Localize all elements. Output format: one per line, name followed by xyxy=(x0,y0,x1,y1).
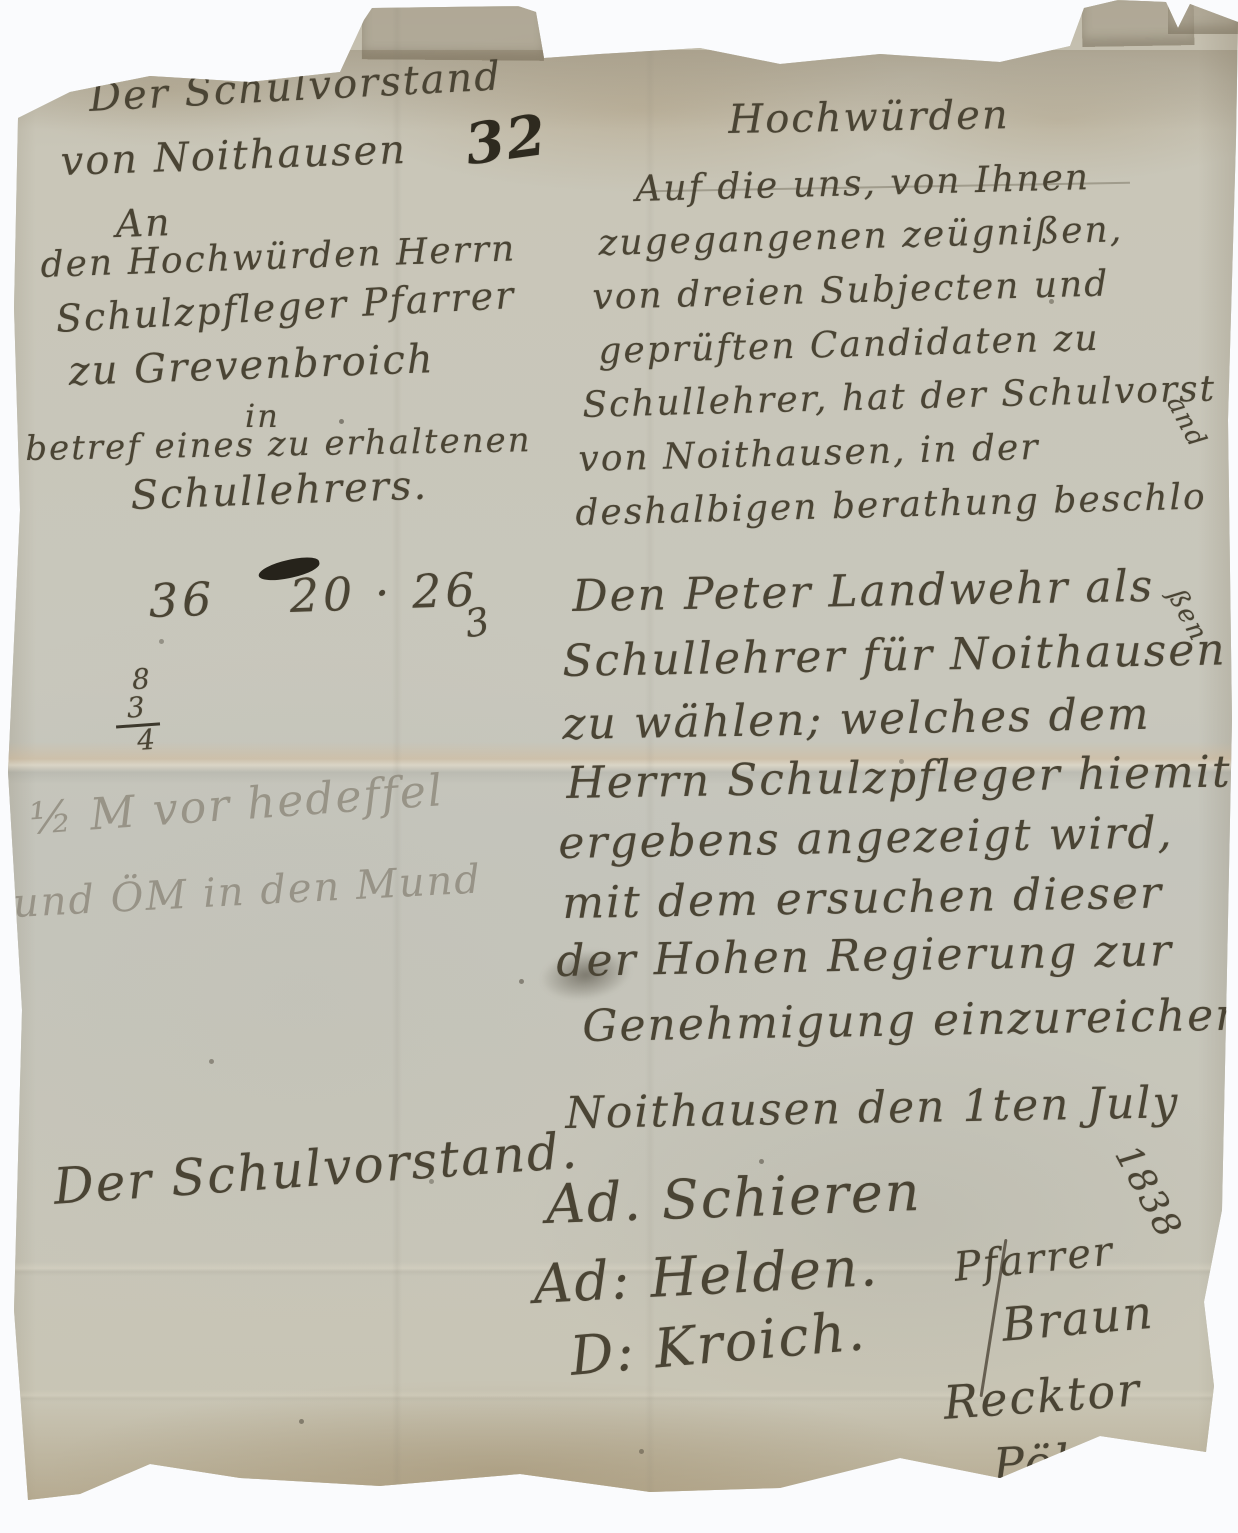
address-line: Schulzpfleger Pfarrer xyxy=(55,276,516,338)
dateline-year: 1838 xyxy=(1108,1140,1187,1245)
resolution-line: Genehmigung einzureichen xyxy=(582,993,1238,1049)
register-number: 32 xyxy=(462,107,551,174)
resolution-line: Schullehrer für Noithausen xyxy=(562,628,1227,684)
body-line: von dreien Subjecten und xyxy=(592,266,1110,316)
sender-line: von Noithausen xyxy=(60,130,408,182)
calculation-extra-digit: 3 xyxy=(462,601,494,643)
salutation: Hochwürden xyxy=(728,95,1010,140)
pencil-note: ½ M vor hedeffel xyxy=(28,769,445,842)
calculation-numbers: 36 20 · 26 xyxy=(148,566,479,623)
signature-role: Recktor xyxy=(942,1366,1142,1426)
resolution-line: Den Peter Landwehr als xyxy=(572,565,1155,619)
resolution-line: mit dem ersuchen dieser xyxy=(562,872,1163,926)
signature-pastor: Braun xyxy=(1000,1289,1156,1348)
tape-fragment xyxy=(1082,0,1195,47)
dateline: Noithausen den 1ten July xyxy=(565,1081,1180,1136)
closing-line: Der Schulvorstand. xyxy=(52,1125,580,1212)
signature-member: Ad: Helden. xyxy=(532,1240,880,1312)
tape-fragment xyxy=(1168,0,1238,34)
body-line: deshalbigen berathung beschlo xyxy=(575,479,1207,532)
resolution-line: ergebens angezeigt wird, xyxy=(558,811,1174,866)
fraction-bottom: 4 xyxy=(122,725,172,756)
paper-edge-shade-left xyxy=(0,0,36,1533)
address-line: An xyxy=(115,203,172,243)
body-line: Auf die uns, von Ihnen xyxy=(635,160,1091,208)
signature-secretary: Ad. Schieren xyxy=(545,1165,922,1232)
body-line: zugegangenen zeügnißen, xyxy=(598,212,1124,262)
address-line: Schullehrers. xyxy=(130,466,429,516)
tape-fragment xyxy=(362,5,544,61)
address-line: zu Grevenbroich xyxy=(68,339,435,392)
body-line: Schullehrer, hat der Schulvorst xyxy=(582,371,1217,424)
scan-background: Der Schulvorstand von Noithausen 32 An d… xyxy=(0,0,1238,1533)
signature-member: D: Kroich. xyxy=(568,1304,868,1384)
document-paper: Der Schulvorstand von Noithausen 32 An d… xyxy=(0,0,1238,1533)
paper-specks xyxy=(0,0,3,3)
fraction-note: 8 3 4 xyxy=(102,664,172,757)
signature-rector: Pöhl xyxy=(992,1436,1103,1488)
resolution-line: Herrn Schulzpfleger hiemit xyxy=(566,750,1232,806)
body-line: geprüften Candidaten zu xyxy=(598,321,1100,370)
resolution-line: zu wählen; welches dem xyxy=(562,693,1151,747)
pencil-note: und ÖM in den Mund xyxy=(12,859,483,924)
body-line: von Noithausen, in der xyxy=(578,430,1040,478)
resolution-line: der Hohen Regierung zur xyxy=(556,929,1173,984)
fold-crease-vertical xyxy=(392,0,402,1533)
address-line: betref eines zu erhaltenen xyxy=(25,423,532,466)
signature-role: Pfarrer xyxy=(952,1231,1116,1288)
sender-line: Der Schulvorstand xyxy=(88,56,503,118)
